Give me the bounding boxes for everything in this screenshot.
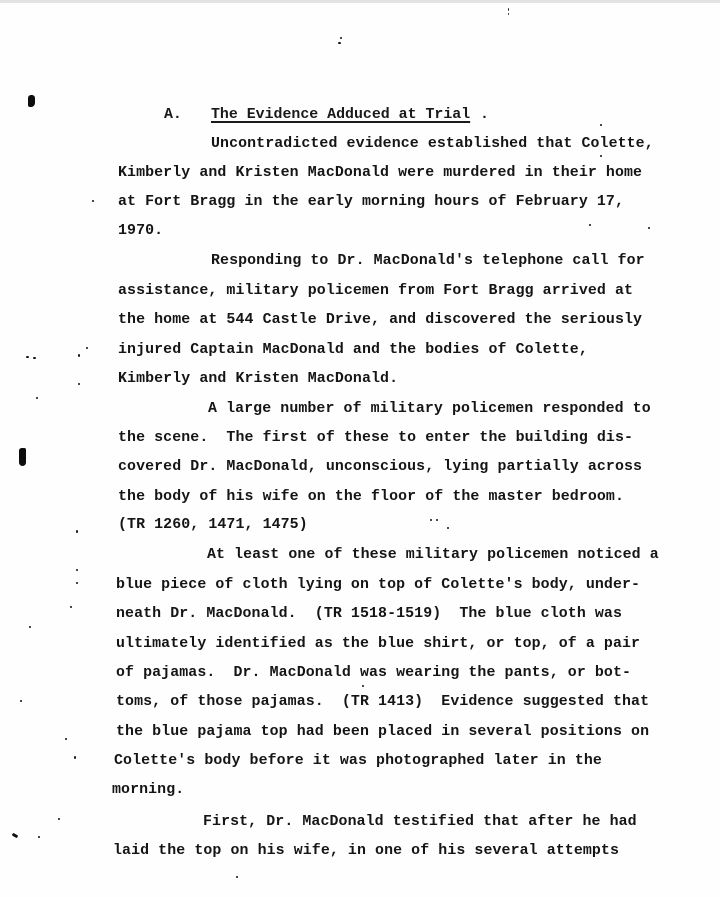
- scan-speck: [508, 8, 509, 11]
- margin-mark: [12, 833, 19, 839]
- text-line: covered Dr. MacDonald, unconscious, lyin…: [118, 458, 642, 476]
- scan-speck: [76, 530, 78, 533]
- text-line: the body of his wife on the floor of the…: [118, 488, 624, 506]
- scan-speck: [76, 569, 78, 571]
- text-line: blue piece of cloth lying on top of Cole…: [116, 576, 640, 594]
- scan-speck: [70, 606, 72, 608]
- section-label: A.: [164, 106, 182, 124]
- text-line: of pajamas. Dr. MacDonald was wearing th…: [116, 664, 631, 682]
- scan-speck: [92, 200, 94, 202]
- scan-speck: [600, 124, 602, 126]
- text-line: (TR 1260, 1471, 1475): [118, 516, 308, 534]
- section-title-period: .: [480, 106, 489, 124]
- text-line: morning.: [112, 781, 184, 799]
- scan-speck: [338, 42, 341, 44]
- scan-speck: [74, 756, 76, 759]
- text-line: 1970.: [118, 222, 163, 240]
- scan-speck: [65, 738, 67, 740]
- text-line: laid the top on his wife, in one of his …: [113, 842, 619, 860]
- scan-speck: [78, 383, 80, 385]
- scan-speck: [76, 582, 78, 584]
- text-line: neath Dr. MacDonald. (TR 1518-1519) The …: [116, 605, 622, 623]
- text-line: Responding to Dr. MacDonald's telephone …: [211, 252, 645, 270]
- scan-speck: [78, 354, 80, 357]
- scan-speck: [430, 519, 432, 521]
- margin-hole-mark: [19, 448, 26, 466]
- scan-speck: [362, 685, 364, 687]
- text-line: the scene. The first of these to enter t…: [118, 429, 633, 447]
- text-line: At least one of these military policemen…: [207, 546, 659, 564]
- scan-speck: [508, 13, 509, 15]
- text-line: at Fort Bragg in the early morning hours…: [118, 193, 624, 211]
- text-line: the home at 544 Castle Drive, and discov…: [118, 311, 642, 329]
- scan-speck: [236, 876, 238, 878]
- text-line: A large number of military policemen res…: [208, 400, 651, 418]
- document-page: A. The Evidence Adduced at Trial . Uncon…: [0, 0, 720, 897]
- section-title: The Evidence Adduced at Trial: [211, 106, 470, 124]
- scan-speck: [600, 155, 602, 157]
- text-line: the blue pajama top had been placed in s…: [116, 723, 649, 741]
- scan-speck: [447, 527, 449, 529]
- scan-speck: [29, 626, 31, 628]
- text-line: Colette's body before it was photographe…: [114, 752, 602, 770]
- scan-speck: [648, 227, 650, 229]
- scan-speck: [86, 347, 88, 349]
- text-line: Uncontradicted evidence established that…: [211, 135, 654, 153]
- scan-speck: [20, 700, 22, 702]
- scan-speck: [33, 357, 36, 359]
- scan-speck: [38, 836, 40, 838]
- scan-speck: [26, 356, 29, 358]
- text-line: Kimberly and Kristen MacDonald.: [118, 370, 398, 388]
- text-line: toms, of those pajamas. (TR 1413) Eviden…: [116, 693, 649, 711]
- text-line: Kimberly and Kristen MacDonald were murd…: [118, 164, 642, 182]
- scan-speck: [58, 818, 60, 820]
- scan-speck: [340, 37, 342, 39]
- text-line: ultimately identified as the blue shirt,…: [116, 635, 640, 653]
- scan-speck: [589, 224, 591, 226]
- text-line: injured Captain MacDonald and the bodies…: [118, 341, 588, 359]
- text-line: First, Dr. MacDonald testified that afte…: [203, 813, 637, 831]
- scan-speck: [36, 397, 38, 399]
- text-line: assistance, military policemen from Fort…: [118, 282, 633, 300]
- scan-speck: [436, 519, 438, 521]
- margin-hole-mark: [28, 95, 35, 107]
